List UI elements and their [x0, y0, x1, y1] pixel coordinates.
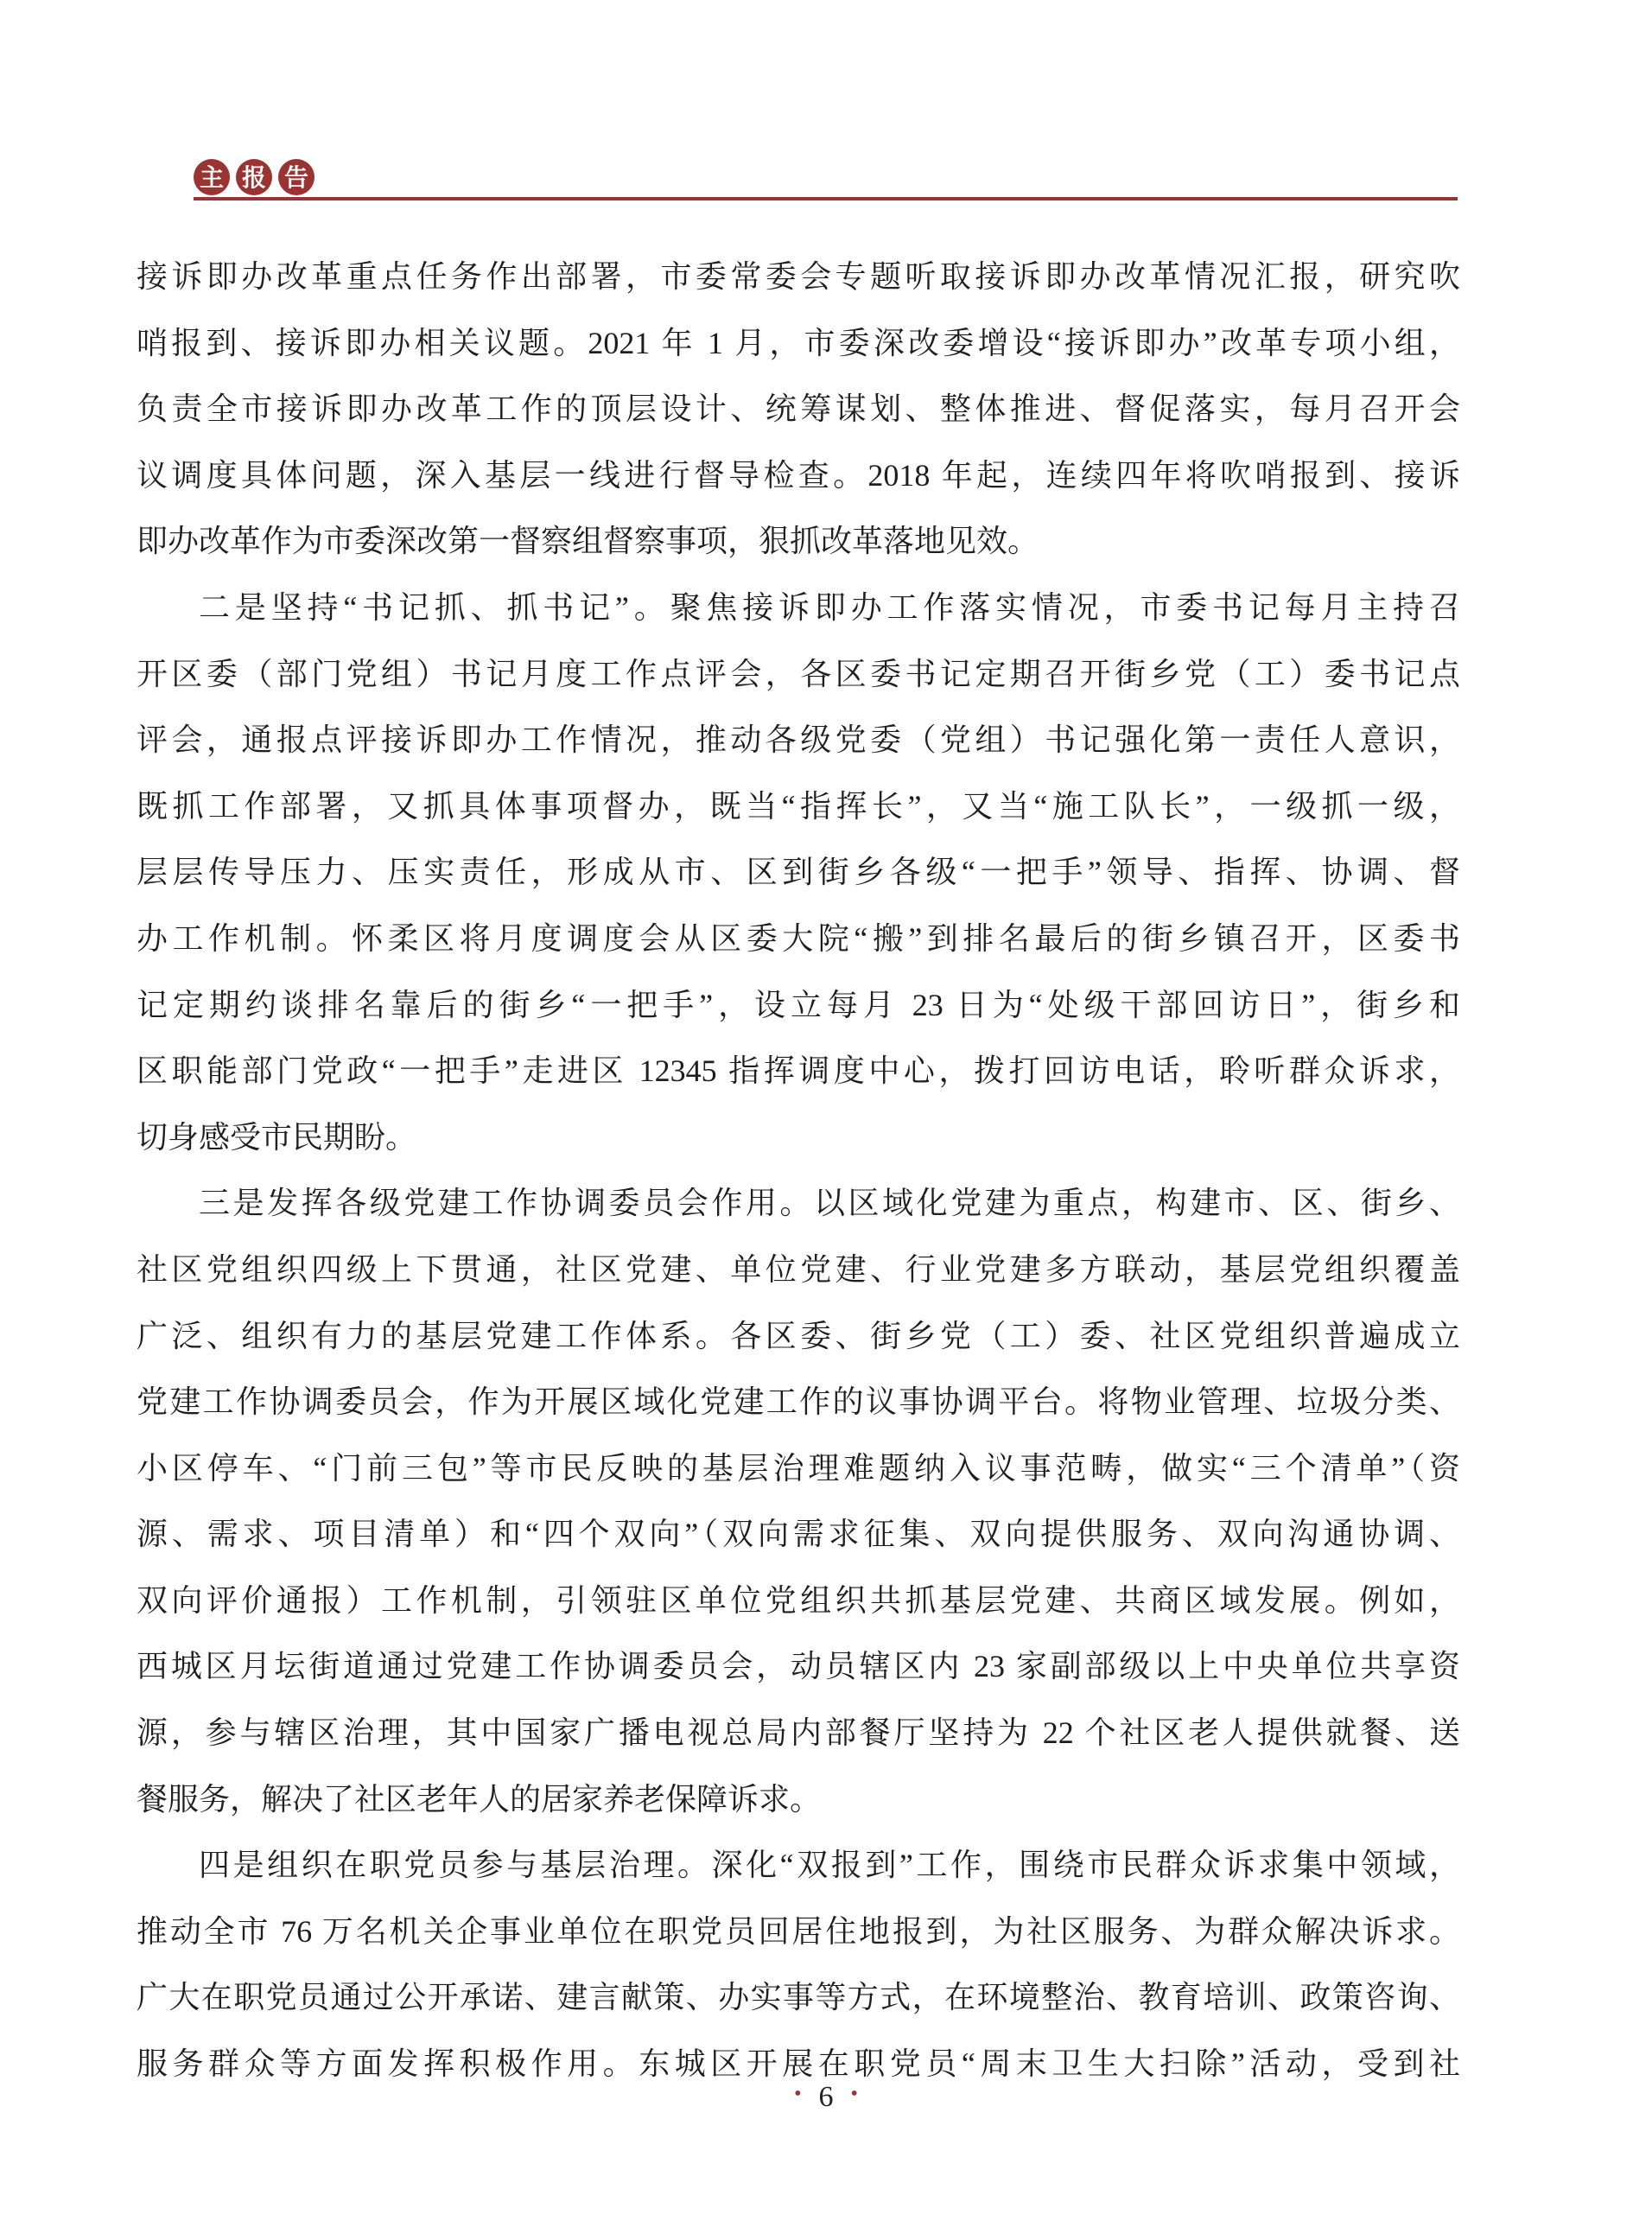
text-line: 党建工作协调委员会，作为开展区域化党建工作的议事协调平台。将物业管理、垃圾分类、 — [137, 1369, 1460, 1435]
text-line: 切身感受市民期盼。 — [137, 1104, 1460, 1171]
text-line: 负责全市接诉即办改革工作的顶层设计、统筹谋划、整体推进、督促落实，每月召开会 — [137, 376, 1460, 442]
text-line: 议调度具体问题，深入基层一线进行督导检查。2018 年起，连续四年将吹哨报到、接… — [137, 442, 1460, 509]
header-divider-line — [194, 197, 1458, 200]
text-line: 既抓工作部署，又抓具体事项督办，既当“指挥长”，又当“施工队长”，一级抓一级， — [137, 773, 1460, 840]
logo-badge-icon: 主 — [194, 159, 230, 195]
text-line: 源，参与辖区治理，其中国家广播电视总局内部餐厅坚持为 22 个社区老人提供就餐、… — [137, 1700, 1460, 1766]
text-line: 二是坚持“书记抓、抓书记”。聚焦接诉即办工作落实情况，市委书记每月主持召 — [137, 575, 1460, 641]
text-line: 办工作机制。怀柔区将月度调度会从区委大院“搬”到排名最后的街乡镇召开，区委书 — [137, 906, 1460, 972]
text-line: 西城区月坛街道通过党建工作协调委员会，动员辖区内 23 家副部级以上中央单位共享… — [137, 1633, 1460, 1700]
text-line: 评会，通报点评接诉即办工作情况，推动各级党委（党组）书记强化第一责任人意识， — [137, 707, 1460, 773]
text-line: 区职能部门党政“一把手”走进区 12345 指挥调度中心，拨打回访电话，聆听群众… — [137, 1038, 1460, 1104]
text-line: 推动全市 76 万名机关企事业单位在职党员回居住地报到，为社区服务、为群众解决诉… — [137, 1899, 1460, 1965]
text-line: 双向评价通报）工作机制，引领驻区单位党组织共抓基层党建、共商区域发展。例如， — [137, 1568, 1460, 1634]
text-line: 哨报到、接诉即办相关议题。2021 年 1 月，市委深改委增设“接诉即办”改革专… — [137, 310, 1460, 377]
text-line: 社区党组织四级上下贯通，社区党建、单位党建、行业党建多方联动，基层党组织覆盖 — [137, 1237, 1460, 1303]
report-page: 主 报 告 接诉即办改革重点任务作出部署，市委常委会专题听取接诉即办改革情况汇报… — [0, 0, 1652, 2240]
logo-badge-icon: 告 — [278, 159, 315, 195]
text-line: 餐服务，解决了社区老年人的居家养老保障诉求。 — [137, 1766, 1460, 1833]
page-footer: •6• — [0, 2081, 1652, 2114]
text-line: 接诉即办改革重点任务作出部署，市委常委会专题听取接诉即办改革情况汇报，研究吹 — [137, 244, 1460, 310]
text-line: 广大在职党员通过公开承诺、建言献策、办实事等方式，在环境整治、教育培训、政策咨询… — [137, 1964, 1460, 2031]
text-line: 即办改革作为市委深改第一督察组督察事项，狠抓改革落地见效。 — [137, 508, 1460, 575]
text-line: 四是组织在职党员参与基层治理。深化“双报到”工作，围绕市民群众诉求集中领域， — [137, 1832, 1460, 1899]
main-report-logo: 主 报 告 — [194, 159, 315, 195]
document-body: 接诉即办改革重点任务作出部署，市委常委会专题听取接诉即办改革情况汇报，研究吹哨报… — [137, 244, 1460, 2097]
text-line: 开区委（部门党组）书记月度工作点评会，各区委书记定期召开街乡党（工）委书记点 — [137, 641, 1460, 708]
text-line: 广泛、组织有力的基层党建工作体系。各区委、街乡党（工）委、社区党组织普遍成立 — [137, 1303, 1460, 1370]
footer-dot-right: • — [851, 2083, 858, 2105]
text-line: 三是发挥各级党建工作协调委员会作用。以区域化党建为重点，构建市、区、街乡、 — [137, 1170, 1460, 1237]
page-number: 6 — [819, 2081, 834, 2113]
text-line: 小区停车、“门前三包”等市民反映的基层治理难题纳入议事范畴，做实“三个清单”（资 — [137, 1435, 1460, 1502]
logo-badge-icon: 报 — [236, 159, 272, 195]
footer-dot-left: • — [794, 2083, 801, 2105]
text-line: 源、需求、项目清单）和“四个双向”（双向需求征集、双向提供服务、双向沟通协调、 — [137, 1501, 1460, 1568]
text-line: 层层传导压力、压实责任，形成从市、区到街乡各级“一把手”领导、指挥、协调、督 — [137, 839, 1460, 906]
text-line: 记定期约谈排名靠后的街乡“一把手”，设立每月 23 日为“处级干部回访日”，街乡… — [137, 972, 1460, 1039]
